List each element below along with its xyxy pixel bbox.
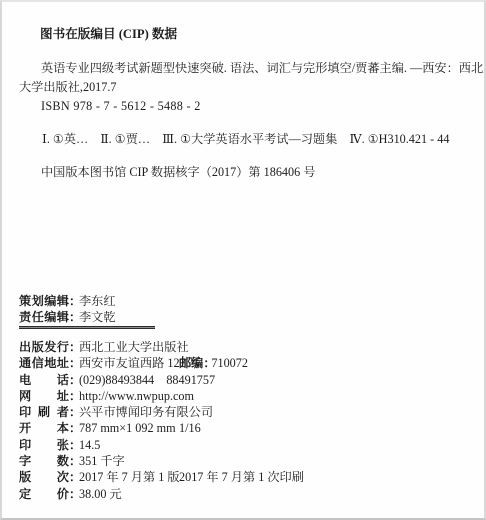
field-label: 通信地址 <box>19 355 69 371</box>
colon: ： <box>69 310 79 326</box>
field-label: 出版发行 <box>19 339 69 355</box>
format-fraction: 1/16 <box>179 420 201 436</box>
colon: ： <box>69 339 79 355</box>
copyright-page: 图书在版编目 (CIP) 数据 英语专业四级考试新题型快速突破. 语法、词汇与完… <box>0 0 486 520</box>
address-row: 通信地址：西安市友谊西路 127 号 邮编：710072 <box>19 355 472 371</box>
field-label: 版次 <box>19 469 69 485</box>
format-row: 开本：787 mm×1 092 mm 1/16 <box>19 420 472 436</box>
field-label: 开本 <box>19 420 69 436</box>
field-label: 网址 <box>19 388 69 404</box>
field-value: 西北工业大学出版社 <box>79 340 189 354</box>
colophon-block: 出版发行：西北工业大学出版社 通信地址：西安市友谊西路 127 号 邮编：710… <box>19 339 472 502</box>
colon: ： <box>69 294 79 310</box>
responsible-editor-row: 责任编辑：李文乾 <box>19 310 116 326</box>
field-value: (029)88493844 88491757 <box>79 373 215 387</box>
classification-line: Ⅰ. ①英… Ⅱ. ①贾… Ⅲ. ①大学英语水平考试—习题集 Ⅳ. ①H310.… <box>19 130 472 149</box>
colon: ： <box>69 437 79 453</box>
field-value: 2017 年 7 月第 1 版 <box>79 470 180 484</box>
field-value: 351 千字 <box>79 454 125 468</box>
printer-row: 印刷者：兴平市博闻印务有限公司 <box>19 404 472 420</box>
postcode: 邮编：710072 <box>179 355 248 371</box>
colon: ： <box>69 388 79 404</box>
colon: ： <box>69 372 79 388</box>
isbn-line: ISBN 978 - 7 - 5612 - 5488 - 2 <box>19 97 472 116</box>
colon: ： <box>69 420 79 436</box>
wordcount-row: 字数：351 千字 <box>19 453 472 469</box>
editors-block: 策划编辑：李东红 责任编辑：李文乾 <box>19 294 116 326</box>
cip-entry-line1: 英语专业四级考试新题型快速突破. 语法、词汇与完形填空/贾蕃主编. —西安：西北… <box>19 59 472 78</box>
field-label: 邮编 <box>179 356 203 370</box>
field-label: 策划编辑 <box>19 294 69 310</box>
field-value: 李文乾 <box>79 310 116 324</box>
phone-row: 电话：(029)88493844 88491757 <box>19 372 472 388</box>
colon: ： <box>69 469 79 485</box>
colon: ： <box>69 486 79 502</box>
colon: ： <box>69 355 79 371</box>
website-url: http://www.nwpup.com <box>79 389 194 403</box>
field-label: 电话 <box>19 372 69 388</box>
cip-title: 图书在版编目 (CIP) 数据 <box>19 25 472 44</box>
field-value: 兴平市博闻印务有限公司 <box>79 405 213 419</box>
field-value: 710072 <box>211 356 248 370</box>
planning-editor-row: 策划编辑：李东红 <box>19 294 116 310</box>
edition-row: 版次：2017 年 7 月第 1 版 2017 年 7 月第 1 次印刷 <box>19 469 472 485</box>
field-label: 印张 <box>19 437 69 453</box>
sheets-row: 印张：14.5 <box>19 437 472 453</box>
publisher-row: 出版发行：西北工业大学出版社 <box>19 339 472 355</box>
field-value: 14.5 <box>79 438 100 452</box>
cip-entry-line2: 大学出版社,2017.7 <box>19 78 472 97</box>
separator-line <box>19 326 155 329</box>
field-label: 字数 <box>19 453 69 469</box>
website-row: 网址：http://www.nwpup.com <box>19 388 472 404</box>
field-value: 787 mm×1 092 mm <box>79 421 176 435</box>
field-value: 李东红 <box>79 294 116 308</box>
cip-data-block: 图书在版编目 (CIP) 数据 英语专业四级考试新题型快速突破. 语法、词汇与完… <box>19 25 472 182</box>
field-label: 定价 <box>19 486 69 502</box>
field-label: 印刷者 <box>19 404 69 420</box>
colon: ： <box>69 453 79 469</box>
price-row: 定价：38.00 元 <box>19 486 472 502</box>
printing-info: 2017 年 7 月第 1 次印刷 <box>179 469 304 485</box>
colon: ： <box>69 404 79 420</box>
field-label: 责任编辑 <box>19 310 69 326</box>
field-value: 38.00 元 <box>79 487 122 501</box>
cip-record-number: 中国版本图书馆 CIP 数据核字（2017）第 186406 号 <box>19 163 472 182</box>
